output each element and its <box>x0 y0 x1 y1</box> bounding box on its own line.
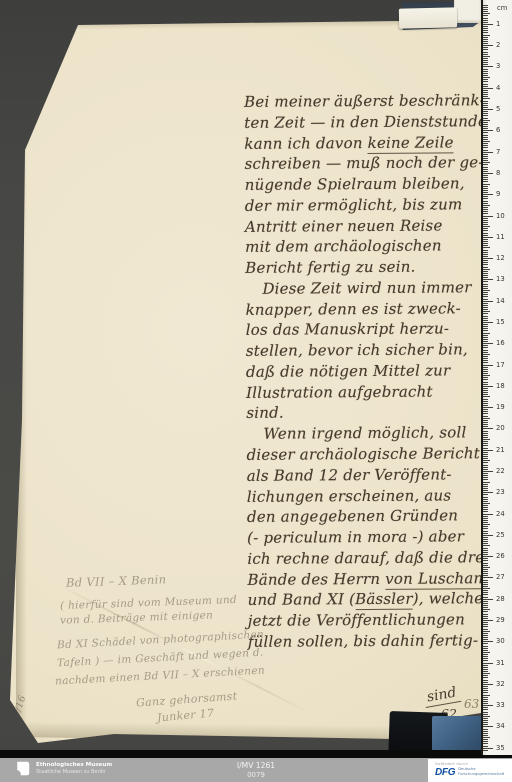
ruler-cm-label: 22 <box>496 467 505 475</box>
ruler-tick <box>483 45 493 46</box>
ruler-tick <box>483 726 493 727</box>
ruler-tick <box>483 365 493 366</box>
institution-text: Ethnologisches Museum Staatliche Museen … <box>36 761 112 776</box>
letter-line: kann ich davon keine Zeile <box>244 133 482 155</box>
ruler-tick <box>483 473 488 474</box>
ruler-tick <box>483 462 488 463</box>
ruler-tick <box>483 722 488 723</box>
ruler-tick <box>483 660 488 661</box>
ruler-tick <box>483 611 488 612</box>
ruler-tick <box>483 626 488 627</box>
ruler-cm-label: 30 <box>496 637 505 645</box>
ruler-tick <box>483 456 488 457</box>
ruler-tick <box>483 28 488 29</box>
ruler-tick <box>483 296 488 297</box>
ruler-tick <box>483 26 488 27</box>
ruler-tick <box>483 32 488 33</box>
ruler-tick <box>483 522 488 523</box>
letter-line: knapper, denn es ist zweck- <box>245 299 483 321</box>
ruler-tick <box>483 284 488 285</box>
ruler-tick <box>483 47 488 48</box>
ruler-tick <box>483 337 488 338</box>
ruler-tick <box>483 198 488 199</box>
ruler-tick <box>483 614 488 615</box>
ruler-tick <box>483 552 488 553</box>
ruler-tick <box>483 516 488 517</box>
ruler-cm-label: 28 <box>496 595 505 603</box>
ruler-tick <box>483 712 488 713</box>
ruler-tick <box>483 328 488 329</box>
letter-text-block: Bei meiner äußerst beschränk-ten Zeit — … <box>244 91 486 653</box>
ruler-tick <box>483 675 488 676</box>
ruler-tick <box>483 537 488 538</box>
ruler-cm-label: 34 <box>496 722 505 730</box>
ruler-tick <box>483 471 493 472</box>
funding-label: Gefördert durch <box>435 762 512 766</box>
ruler-tick <box>483 467 488 468</box>
ruler-tick <box>483 105 488 106</box>
ruler-tick <box>483 164 488 165</box>
ruler-cm-label: 6 <box>496 126 500 134</box>
letter-line: lichungen erscheinen, aus <box>247 486 485 508</box>
ruler-tick <box>483 554 488 555</box>
ruler-tick <box>483 588 490 589</box>
ruler-tick <box>483 209 488 210</box>
ruler-tick <box>483 388 488 389</box>
ruler-tick <box>483 603 488 604</box>
ruler-tick <box>483 690 488 691</box>
ruler-cm-label: 33 <box>496 701 505 709</box>
ruler-tick <box>483 526 488 527</box>
ruler-tick <box>483 109 493 110</box>
ruler-tick <box>483 141 490 142</box>
ruler-tick <box>483 618 488 619</box>
ruler-tick <box>483 281 488 282</box>
ruler-tick <box>483 379 488 380</box>
letter-page: Bei meiner äußerst beschränk-ten Zeit — … <box>0 0 512 782</box>
ruler-tick <box>483 592 488 593</box>
institution-subtitle: Staatliche Museen zu Berlin <box>36 769 112 776</box>
dfg-name-line2: Forschungsgemeinschaft <box>458 772 504 777</box>
ruler-tick <box>483 120 490 121</box>
ruler-tick <box>483 139 488 140</box>
ruler-tick <box>483 211 488 212</box>
ruler-tick <box>483 535 493 536</box>
ruler-tick <box>483 499 488 500</box>
ruler-tick <box>483 616 488 617</box>
ruler-tick <box>483 528 488 529</box>
ruler-cm-label: 9 <box>496 190 500 198</box>
ruler-tick <box>483 652 490 653</box>
ruler-tick <box>483 492 493 493</box>
ruler-tick <box>483 103 488 104</box>
ruler-tick <box>483 558 488 559</box>
underlined-phrase: Bässler <box>355 590 413 610</box>
ruler-tick <box>483 15 488 16</box>
ruler-tick <box>483 269 490 270</box>
letter-line: ten Zeit — in den Dienststunden <box>244 112 482 134</box>
ruler-tick <box>483 167 488 168</box>
ruler-tick <box>483 390 488 391</box>
ruler-tick <box>483 279 493 280</box>
ruler-tick <box>483 69 488 70</box>
ruler-tick <box>483 156 488 157</box>
ruler-tick <box>483 479 488 480</box>
ruler-cm-label: 16 <box>496 339 505 347</box>
ruler-tick <box>483 173 493 174</box>
ruler-tick <box>483 324 488 325</box>
ruler-tick <box>483 635 488 636</box>
letter-line: der mir ermöglicht, bis zum <box>245 195 483 217</box>
ruler-tick <box>483 677 488 678</box>
ruler-tick <box>483 582 488 583</box>
ruler-tick <box>483 514 493 515</box>
ruler-tick <box>483 230 488 231</box>
scan-viewport: Bei meiner äußerst beschränk-ten Zeit — … <box>0 0 512 782</box>
ruler-tick <box>483 477 488 478</box>
ruler-tick <box>483 226 490 227</box>
ruler-tick <box>483 22 488 23</box>
ruler-tick <box>483 345 488 346</box>
ruler-tick <box>483 307 488 308</box>
ruler-tick <box>483 403 488 404</box>
ruler-tick <box>483 205 490 206</box>
ruler-cm-label: 3 <box>496 62 500 70</box>
ruler-cm-label: 29 <box>496 616 505 624</box>
ruler-tick <box>483 656 488 657</box>
ruler-tick <box>483 665 488 666</box>
ruler-tick <box>483 497 488 498</box>
ruler-tick <box>483 132 488 133</box>
ruler-cm-label: 15 <box>496 318 505 326</box>
ruler-tick <box>483 354 490 355</box>
pencil-annotation-line: Bd VII – X Benin <box>66 572 167 589</box>
ruler-tick <box>483 305 488 306</box>
ruler-cm-label: 26 <box>496 552 505 560</box>
letter-line: sind. <box>246 403 484 425</box>
letter-line: dieser archäologische Bericht <box>247 444 485 466</box>
ruler-tick <box>483 311 490 312</box>
letter-line: und Band XI (Bässler), welche <box>248 590 486 612</box>
ruler-tick <box>483 450 493 451</box>
ruler-tick <box>483 254 488 255</box>
dfg-logo: DFG Deutsche Forschungsgemeinschaft <box>435 767 512 778</box>
institution-block: Ethnologisches Museum Staatliche Museen … <box>15 761 112 776</box>
ruler-cm-label: 20 <box>496 424 505 432</box>
ruler-tick <box>483 264 488 265</box>
ruler-tick <box>483 49 488 50</box>
ruler-tick <box>483 413 488 414</box>
ruler-tick <box>483 213 488 214</box>
ruler-tick <box>483 428 493 429</box>
ruler-tick <box>483 597 488 598</box>
ruler-tick <box>483 511 488 512</box>
ruler-tick <box>483 386 493 387</box>
ruler-tick <box>483 160 488 161</box>
ruler-tick <box>483 358 488 359</box>
ruler-tick <box>483 699 488 700</box>
ruler-tick <box>483 707 488 708</box>
ruler-tick <box>483 569 488 570</box>
ruler-tick <box>483 203 488 204</box>
ruler-tick <box>483 643 488 644</box>
ruler-tick <box>483 118 488 119</box>
ruler-tick <box>483 475 488 476</box>
ruler-tick <box>483 377 488 378</box>
ruler-tick <box>483 590 488 591</box>
ruler-tick <box>483 484 488 485</box>
ruler-tick <box>483 507 488 508</box>
ruler-tick <box>483 705 493 706</box>
ruler-tick <box>483 448 488 449</box>
ruler-tick <box>483 294 488 295</box>
ruler-cm-label: 23 <box>496 488 505 496</box>
ruler-tick <box>483 369 488 370</box>
ruler-tick <box>483 71 488 72</box>
ruler-tick <box>483 586 488 587</box>
ruler-tick <box>483 624 488 625</box>
ruler-tick <box>483 409 488 410</box>
letter-line: Antritt einer neuen Reise <box>245 216 483 238</box>
ruler-tick <box>483 273 488 274</box>
ruler-tick <box>483 452 488 453</box>
ruler-tick <box>483 533 488 534</box>
ruler-tick <box>483 35 490 36</box>
ruler-tick <box>483 729 488 730</box>
ruler-tick <box>483 633 488 634</box>
ruler-tick <box>483 96 488 97</box>
ruler-tick <box>483 330 488 331</box>
ruler-tick <box>483 90 488 91</box>
letter-line: nügende Spielraum bleiben, <box>245 174 483 196</box>
ruler-tick <box>483 686 488 687</box>
ruler-tick <box>483 292 488 293</box>
ruler-tick <box>483 360 488 361</box>
ruler-tick <box>483 382 488 383</box>
ruler-cm-label: 25 <box>496 531 505 539</box>
pencil-signature: Junker 17 <box>157 707 215 725</box>
ruler-tick <box>483 111 488 112</box>
ruler-tick <box>483 641 493 642</box>
ruler-tick <box>483 520 488 521</box>
ruler-tick <box>483 64 488 65</box>
ruler-tick <box>483 356 488 357</box>
ruler-tick <box>483 469 488 470</box>
ruler-tick <box>483 503 490 504</box>
ruler-tick <box>483 531 488 532</box>
ruler-tick <box>483 373 488 374</box>
ruler-cm-label: 8 <box>496 169 500 177</box>
ruler-tick <box>483 224 488 225</box>
ruler-tick <box>483 260 488 261</box>
paper-slip-tab <box>399 7 457 28</box>
ruler-tick <box>483 420 488 421</box>
ruler-tick <box>483 339 488 340</box>
ruler-tick <box>483 343 493 344</box>
ruler-tick <box>483 431 488 432</box>
ruler-tick <box>483 158 488 159</box>
ruler-tick <box>483 245 488 246</box>
ruler-tick <box>483 201 488 202</box>
ruler-tick <box>483 663 493 664</box>
letter-line: daß die nötigen Mittel zur <box>246 361 484 383</box>
ruler-tick <box>483 171 488 172</box>
ruler-cm-label: 27 <box>496 573 505 581</box>
ruler-tick <box>483 66 493 67</box>
ruler-tick <box>483 277 488 278</box>
ruler-tick <box>483 194 493 195</box>
ruler-tick <box>483 539 488 540</box>
ruler-tick <box>483 703 488 704</box>
ruler-tick <box>483 352 488 353</box>
letter-line: Bände des Herrn von Luschan <box>247 569 485 591</box>
ruler-cm-label: 7 <box>496 148 500 156</box>
ruler-cm-label: 5 <box>496 105 500 113</box>
ruler-tick <box>483 216 493 217</box>
ruler-tick <box>483 113 488 114</box>
ruler-tick <box>483 130 493 131</box>
letter-line: schreiben — muß noch der ge- <box>244 153 482 175</box>
ruler-tick <box>483 501 488 502</box>
ruler-tick <box>483 322 493 323</box>
ruler-tick <box>483 573 488 574</box>
ruler-tick <box>483 650 488 651</box>
ruler-cm-label: 12 <box>496 254 505 262</box>
ruler-tick <box>483 639 488 640</box>
ruler-tick <box>483 418 490 419</box>
ruler-tick <box>483 235 488 236</box>
ruler-tick <box>483 482 490 483</box>
ruler-tick <box>483 399 488 400</box>
ruler-tick <box>483 237 493 238</box>
dfg-full-name: Deutsche Forschungsgemeinschaft <box>458 767 504 776</box>
ruler-tick <box>483 179 488 180</box>
ruler-tick <box>483 505 488 506</box>
ruler-tick <box>483 190 488 191</box>
ruler-tick <box>483 18 488 19</box>
ruler-tick <box>483 709 488 710</box>
ruler-tick <box>483 748 493 749</box>
ruler-tick <box>483 98 490 99</box>
ruler-tick <box>483 175 488 176</box>
ruler-cm-label: 10 <box>496 212 505 220</box>
ruler-tick <box>483 622 488 623</box>
ruler-tick <box>483 318 488 319</box>
ruler-tick <box>483 437 488 438</box>
ruler-tick <box>483 416 488 417</box>
ruler-tick <box>483 313 488 314</box>
ruler-cm-label: 24 <box>496 510 505 518</box>
ruler-tick <box>483 303 488 304</box>
ruler-tick <box>483 367 488 368</box>
ruler-tick <box>483 435 488 436</box>
ruler-tick <box>483 56 490 57</box>
ruler-tick <box>483 750 488 751</box>
dfg-funding-box: Gefördert durch DFG Deutsche Forschungsg… <box>428 759 512 782</box>
ruler-tick <box>483 75 488 76</box>
ruler-tick <box>483 731 488 732</box>
ruler-tick <box>483 454 488 455</box>
ruler-tick <box>483 565 488 566</box>
ruler-tick <box>483 518 488 519</box>
ruler-cm-label: 18 <box>496 382 505 390</box>
ruler-tick <box>483 288 488 289</box>
ruler-tick <box>483 739 488 740</box>
ruler-tick <box>483 301 493 302</box>
ruler-tick <box>483 692 488 693</box>
ruler-tick <box>483 128 488 129</box>
ruler-tick <box>483 7 488 8</box>
ruler-tick <box>483 394 488 395</box>
ruler-cm-label: 11 <box>496 233 505 241</box>
ruler-tick <box>483 488 488 489</box>
ruler-tick <box>483 126 488 127</box>
ruler-tick <box>483 184 490 185</box>
ruler-tick <box>483 30 488 31</box>
ruler-tick <box>483 92 488 93</box>
ruler-tick <box>483 465 488 466</box>
ruler-tick <box>483 737 490 738</box>
letter-line: (- periculum in mora -) aber <box>247 527 485 549</box>
ruler-cm-label: 14 <box>496 297 505 305</box>
ruler-tick <box>483 743 488 744</box>
ruler-tick <box>483 181 488 182</box>
ruler-tick <box>483 541 488 542</box>
ruler-cm-label: 32 <box>496 680 505 688</box>
ruler-tick <box>483 37 488 38</box>
ruler-tick <box>483 433 488 434</box>
letter-line: Diese Zeit wird nun immer <box>245 278 483 300</box>
ruler-tick <box>483 524 490 525</box>
ruler-tick <box>483 271 488 272</box>
catchword-sind: sind <box>423 684 461 708</box>
ruler-tick <box>483 41 488 42</box>
page-number-pencil: 63 <box>464 697 479 711</box>
ruler-tick <box>483 607 488 608</box>
ruler-tick <box>483 88 493 89</box>
ruler-tick <box>483 426 488 427</box>
ruler-tick <box>483 720 488 721</box>
ruler-tick <box>483 439 490 440</box>
ruler-tick <box>483 545 490 546</box>
ruler-tick <box>483 124 488 125</box>
underlying-page-corner <box>454 0 481 23</box>
ruler-unit-label: cm <box>497 4 507 12</box>
ruler-tick <box>483 697 488 698</box>
digitization-footer-bar: Ethnologisches Museum Staatliche Museen … <box>0 758 512 782</box>
ruler-tick <box>483 371 488 372</box>
ruler-tick <box>483 326 488 327</box>
ruler-tick <box>483 648 488 649</box>
pencil-annotation-line: von d. Beiträge mit einigen <box>60 609 214 626</box>
ruler-tick <box>483 222 488 223</box>
ruler-tick <box>483 680 488 681</box>
ruler-tick <box>483 147 488 148</box>
ruler-tick <box>483 411 488 412</box>
ruler-tick <box>483 115 488 116</box>
ruler-tick <box>483 218 488 219</box>
ruler-tick <box>483 580 488 581</box>
ruler-tick <box>483 137 488 138</box>
ruler-tick <box>483 52 488 53</box>
ruler-tick <box>483 724 488 725</box>
ruler-tick <box>483 333 490 334</box>
ruler-tick <box>483 550 488 551</box>
ruler-tick <box>483 54 488 55</box>
ruler-tick <box>483 445 488 446</box>
letter-line: Bericht fertig zu sein. <box>245 257 483 279</box>
ruler-tick <box>483 152 493 153</box>
